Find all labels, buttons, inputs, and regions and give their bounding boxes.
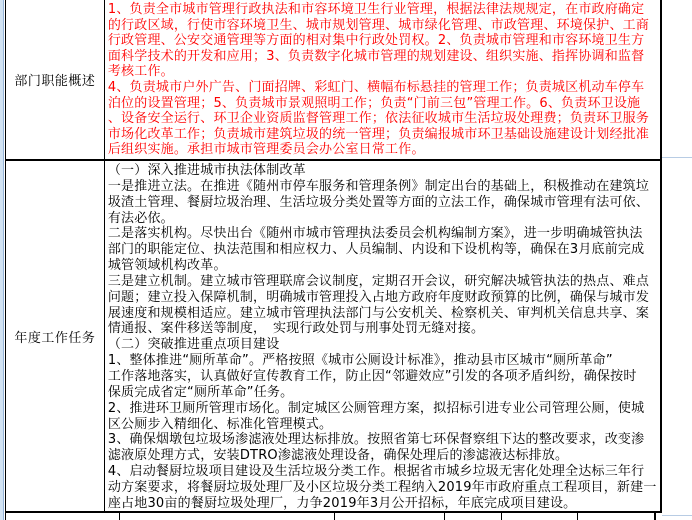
document-table: 部门职能概述 1、负责全市城市管理行政执法和市容环境卫生行业管理，根据法律法规规… <box>5 0 662 520</box>
text-line: 4、启动餐厨垃圾项目建设及生活垃圾分类工作。根据省市城乡垃圾无害化处理全达标三年… <box>108 464 660 480</box>
text-line: 后组织实施。承担市城市管理委员会办公室日常工作。 <box>108 142 660 158</box>
text-line: （二）突破推进重点项目建设 <box>108 337 660 353</box>
table-row-annual-tasks: 年度工作任务 （一）深入推进城市执法体制改革一是推进立法。在推进《随州市停车服务… <box>6 161 662 513</box>
partial-cell[interactable] <box>502 513 578 520</box>
text-line: （一）深入推进城市执法体制改革 <box>108 163 660 179</box>
table-row-department-functions: 部门职能概述 1、负责全市城市管理行政执法和市容环境卫生行业管理，根据法律法规规… <box>6 0 662 161</box>
text-line: 4、负责城市户外广告、门面招牌、彩虹门、横幅布标悬挂的管理工作；负责城区机动车停… <box>108 80 660 96</box>
text-line: 情通报、案件移送等制度， 实现行政处罚与刑事处罚无缝对接。 <box>108 321 660 337</box>
text-line: 1、整体推进“厕所革命”。严格按照《城市公厕设计标准》，推动县市区城市“厕所革命… <box>108 353 660 369</box>
text-line: 三是建立机制。建立城市管理联席会议制度，定期召开会议，研究解决城管执法的热点、难… <box>108 274 660 290</box>
cell-annual-tasks-text[interactable]: （一）深入推进城市执法体制改革一是推进立法。在推进《随州市停车服务和管理条例》制… <box>105 161 662 511</box>
text-line: 滤液原处理方式，安装DTRO渗滤液处理设备，确保处理后的渗滤液达标排放。 <box>108 448 660 464</box>
partial-cell[interactable] <box>6 513 120 520</box>
table-row-partial <box>6 513 662 520</box>
text-line: 问题；建立投入保障机制，明确城市管理投入占地方政府年度财政预算的比例，确保与城市… <box>108 290 660 306</box>
text-line: 面科学技术的开发和应用；3、负责数字化城市管理的规划建设、组织实施、指挥协调和监… <box>108 49 660 65</box>
text-line: 、设备安全运行、环卫企业资质监督管理工作；依法征收城市生活垃圾处理费；负责环卫服… <box>108 111 660 127</box>
text-line: 考核工作。 <box>108 64 660 80</box>
text-line: 城管领域机构改革。 <box>108 258 660 274</box>
text-line: 泊位的设置管理；5、负责城市景观照明工作；负责“门前三包”管理工作。6、负责环卫… <box>108 96 660 112</box>
text-line: 行政管理、公安交通管理等方面的相对集中行政处罚权。2、负责城市管理和市容环境卫生… <box>108 33 660 49</box>
partial-cell[interactable] <box>335 513 445 520</box>
text-line: 2、推进环卫厕所管理市场化。制定城区公厕管理方案，拟招标引进专业公司管理公厕，使… <box>108 401 660 417</box>
text-line: 工作落地落实，认真做好宣传教育工作，防止因“邻避效应”引发的各项矛盾纠纷，确保按… <box>108 369 660 385</box>
text-line: 的行政区域，行使市容环境卫生、城市规划管理、城市绿化管理、市政管理、环境保护、工… <box>108 18 660 34</box>
text-line: 3、确保烟墩包垃圾场渗滤液处理达标排放。按照省第七环保督察组下达的整改要求，改变… <box>108 432 660 448</box>
text-line: 市场化改革工作；负责城市建筑垃圾的统一管理；负责编报城市环卫基础设施建设计划经批… <box>108 127 660 143</box>
text-line: 区公厕步入精细化、标准化管理模式。 <box>108 417 660 433</box>
partial-cell[interactable] <box>445 513 502 520</box>
text-line: 部门的职能定位、执法范围和相应权力、人员编制、内设和下设机构等，确保在3月底前完… <box>108 242 660 258</box>
text-line: 有法必依。 <box>108 211 660 227</box>
partial-cell[interactable] <box>120 513 335 520</box>
text-line: 圾渣土管理、餐厨垃圾治理、生活垃圾分类处置等方面的立法工作，确保城市管理有法可依… <box>108 195 660 211</box>
text-line: 一是推进立法。在推进《随州市停车服务和管理条例》制定出台的基础上，积极推动在建筑… <box>108 179 660 195</box>
row-label-annual-tasks[interactable]: 年度工作任务 <box>6 161 105 511</box>
spreadsheet-gridline <box>662 515 692 516</box>
partial-cell[interactable] <box>578 513 656 520</box>
text-line: 保质完成省定“厕所革命”任务。 <box>108 385 660 401</box>
text-line: 座占地30亩的餐厨垃圾处理厂，力争2019年3月公开招标，年底完成项目建设。 <box>108 496 660 511</box>
text-line: 展速度和规模相适应。建立城市管理执法部门与公安机关、检察机关、审判机关信息共享、… <box>108 306 660 322</box>
text-line: 二是落实机构。尽快出台《随州市城市管理执法委员会机构编制方案》，进一步明确城管执… <box>108 226 660 242</box>
text-line: 动方案要求，将餐厨垃圾处理厂及小区垃圾分类工程纳入2019年市政府重点工程项目，… <box>108 480 660 496</box>
text-line: 1、负责全市城市管理行政执法和市容环境卫生行业管理，根据法律法规规定，在市政府确… <box>108 2 660 18</box>
row-label-department-functions[interactable]: 部门职能概述 <box>6 0 105 159</box>
spreadsheet-gridline <box>662 157 692 158</box>
sheet-left-margin <box>0 0 4 520</box>
cell-department-functions-text[interactable]: 1、负责全市城市管理行政执法和市容环境卫生行业管理，根据法律法规规定，在市政府确… <box>105 0 662 159</box>
